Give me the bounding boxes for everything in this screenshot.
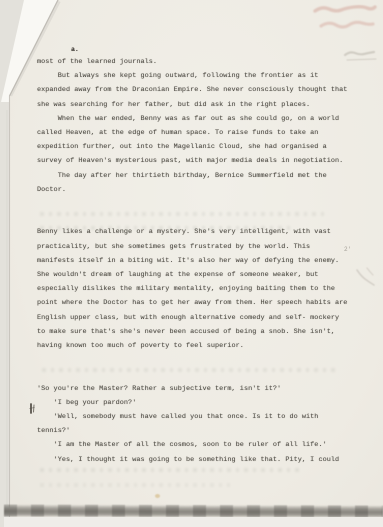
typescript-page: most of the learned journals. But always… bbox=[0, 0, 383, 527]
bleed-through-line bbox=[40, 212, 325, 216]
page-scan: most of the learned journals. But always… bbox=[0, 0, 383, 527]
typescript-text: most of the learned journals. But always… bbox=[37, 55, 347, 467]
bottom-page-edge bbox=[4, 505, 383, 518]
bleed-through-line bbox=[40, 468, 300, 472]
bleed-through-line bbox=[40, 226, 290, 230]
paper-stain bbox=[155, 494, 160, 498]
pencil-margin-note: 2' bbox=[344, 246, 351, 253]
bleed-through-line bbox=[40, 483, 230, 487]
bleed-through-line bbox=[42, 368, 337, 372]
scanner-background-strip bbox=[4, 517, 383, 527]
stray-typed-mark: a. bbox=[71, 46, 79, 53]
